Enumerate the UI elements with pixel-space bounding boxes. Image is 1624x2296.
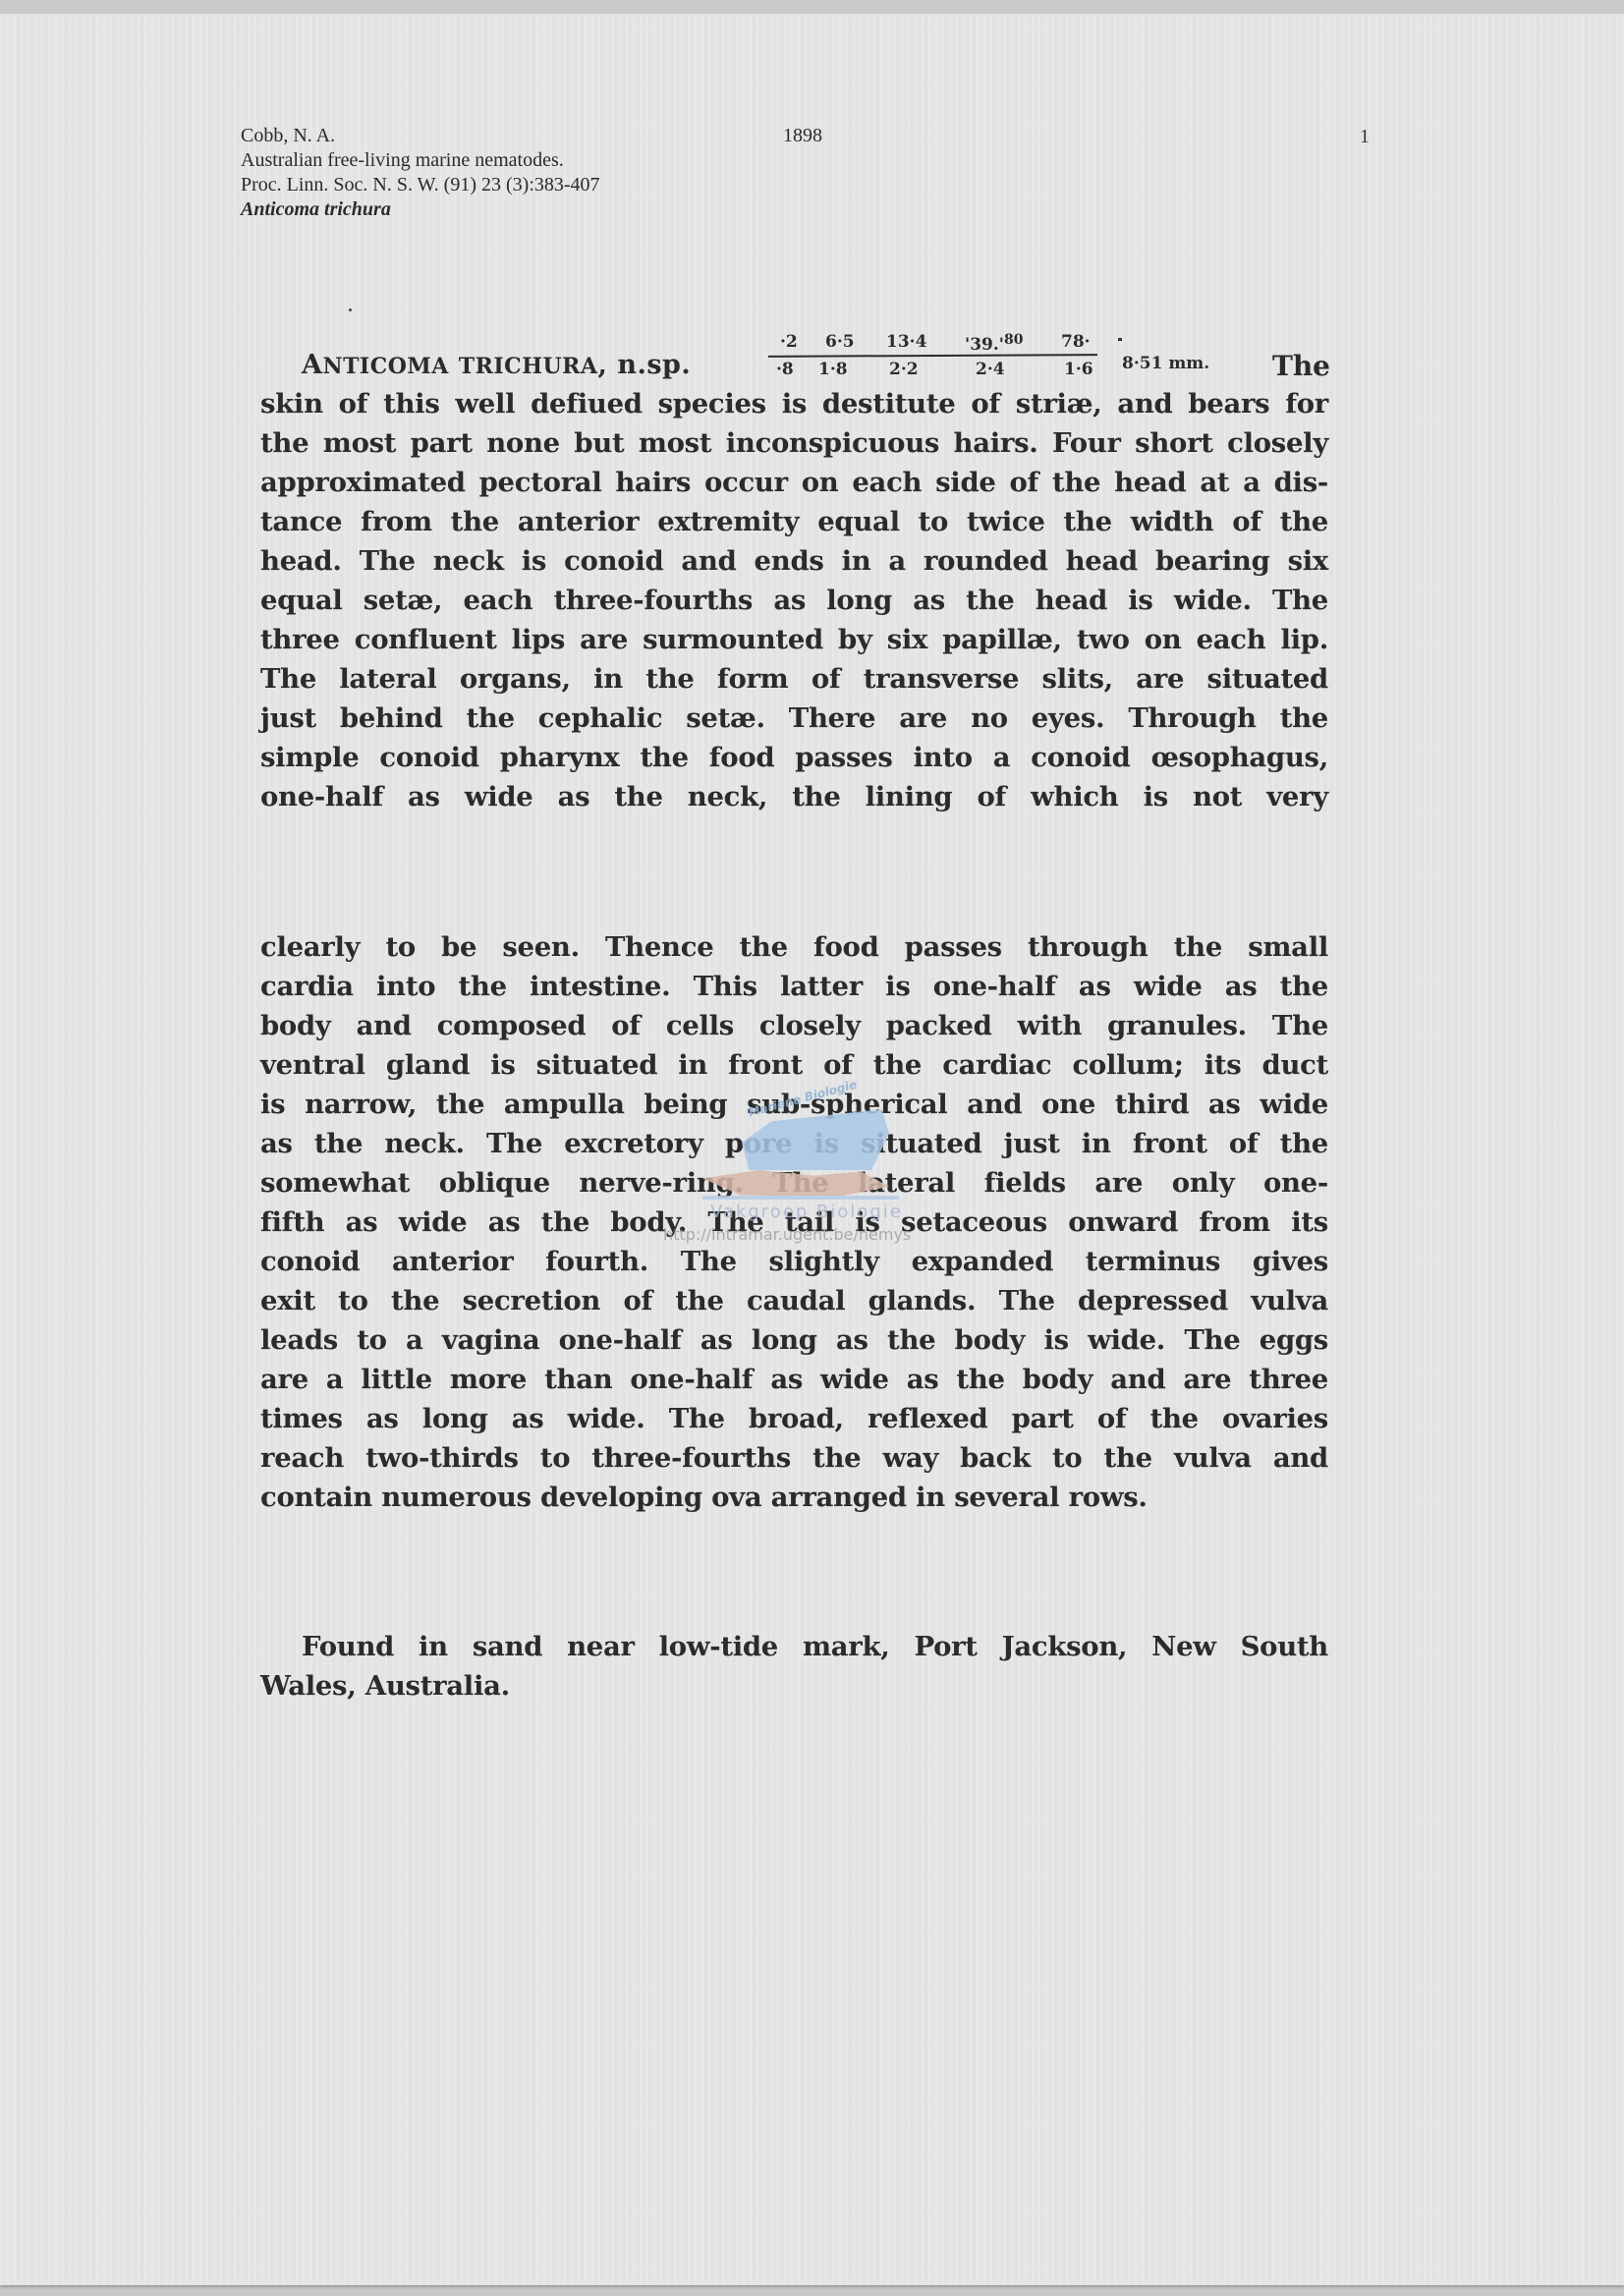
- text-line: tance from the anterior extremity equal …: [260, 502, 1328, 541]
- text-line: exit to the secretion of the caudal glan…: [260, 1281, 1328, 1320]
- formula-superscript: 80: [1004, 332, 1023, 348]
- text-line: approximated pectoral hairs occur on eac…: [260, 463, 1328, 502]
- text-line: equal setæ, each three-fourths as long a…: [260, 581, 1328, 620]
- citation-year: 1898: [783, 124, 822, 148]
- formula-fraction-bar: [768, 354, 1097, 358]
- citation-journal: Proc. Linn. Soc. N. S. W. (91) 23 (3):38…: [241, 173, 600, 197]
- paragraph-locality: Found in sand near low-tide mark, Port J…: [260, 1627, 1328, 1706]
- text-line: just behind the cephalic setæ. There are…: [260, 699, 1328, 738]
- citation-species: Anticoma trichura: [241, 197, 600, 222]
- text-line: head. The neck is conoid and ends in a r…: [260, 541, 1328, 581]
- species-epithet: TRICHURA: [459, 354, 598, 379]
- formula-denominator: ·8: [776, 360, 794, 379]
- text-line: skin of this well defiued species is des…: [260, 384, 1328, 423]
- text-line: times as long as wide. The broad, reflex…: [260, 1399, 1328, 1438]
- measurement-formula: ·2 6·5 13·4 '39.'80 78· ·8 1·8 2·2 2·4 1…: [766, 328, 1100, 387]
- heading-trailing-word: The: [1272, 350, 1330, 382]
- formula-numerator: 13·4: [886, 332, 926, 352]
- text-line: contain numerous developing ova arranged…: [260, 1478, 1328, 1517]
- text-line: are a little more than one-half as wide …: [260, 1360, 1328, 1399]
- formula-total-length: 8·51 mm.: [1122, 354, 1209, 373]
- text-line: leads to a vagina one-half as long as th…: [260, 1320, 1328, 1360]
- text-line: reach two-thirds to three-fourths the wa…: [260, 1438, 1328, 1478]
- text-line: is narrow, the ampulla being sub-spheric…: [260, 1085, 1328, 1124]
- text-line: Wales, Australia.: [260, 1666, 1328, 1706]
- text-line: Found in sand near low-tide mark, Port J…: [260, 1627, 1328, 1666]
- text-line: The lateral organs, in the form of trans…: [260, 659, 1328, 699]
- text-line: conoid anterior fourth. The slightly exp…: [260, 1242, 1328, 1281]
- paragraph-description-2: clearly to be seen. Thence the food pass…: [260, 927, 1328, 1517]
- citation-block: Cobb, N. A. Australian free-living marin…: [241, 124, 600, 222]
- genus-initial: A: [302, 350, 322, 380]
- formula-denominator: 2·4: [976, 360, 1005, 379]
- formula-denominator: 1·8: [818, 360, 848, 379]
- species-name: ANTICOMA TRICHURA, n.sp.: [302, 350, 691, 380]
- paragraph-description-1: skin of this well defiued species is des…: [260, 384, 1328, 816]
- text-line: three confluent lips are surmounted by s…: [260, 620, 1328, 659]
- text-line: the most part none but most inconspicuou…: [260, 423, 1328, 463]
- citation-title: Australian free-living marine nematodes.: [241, 148, 600, 173]
- species-suffix: , n.sp.: [598, 350, 692, 380]
- scan-speck: [349, 308, 352, 311]
- genus-rest: NTICOMA: [322, 354, 448, 379]
- species-heading: ANTICOMA TRICHURA, n.sp. ·2 6·5 13·4 '39…: [302, 328, 1330, 387]
- formula-numerator: '39.'80: [965, 332, 1023, 355]
- text-line: simple conoid pharynx the food passes in…: [260, 738, 1328, 777]
- scanned-page: Cobb, N. A. Australian free-living marin…: [0, 14, 1624, 2285]
- citation-author: Cobb, N. A.: [241, 124, 600, 148]
- text-line: one-half as wide as the neck, the lining…: [260, 777, 1328, 816]
- text-line: body and composed of cells closely packe…: [260, 1006, 1328, 1045]
- formula-numerator: ·2: [780, 332, 798, 352]
- text-line: as the neck. The excretory pore is situa…: [260, 1124, 1328, 1163]
- formula-mark: [1118, 338, 1122, 341]
- formula-numerator: 78·: [1061, 332, 1091, 352]
- text-line: somewhat oblique nerve-ring. The lateral…: [260, 1163, 1328, 1203]
- text-line: ventral gland is situated in front of th…: [260, 1045, 1328, 1085]
- formula-numerator: 6·5: [825, 332, 855, 352]
- text-line: cardia into the intestine. This latter i…: [260, 967, 1328, 1006]
- formula-denominator: 2·2: [889, 360, 919, 379]
- text-line: fifth as wide as the body. The tail is s…: [260, 1203, 1328, 1242]
- formula-denominator: 1·6: [1064, 360, 1093, 379]
- page-number: 1: [1360, 126, 1370, 148]
- text-line: clearly to be seen. Thence the food pass…: [260, 927, 1328, 967]
